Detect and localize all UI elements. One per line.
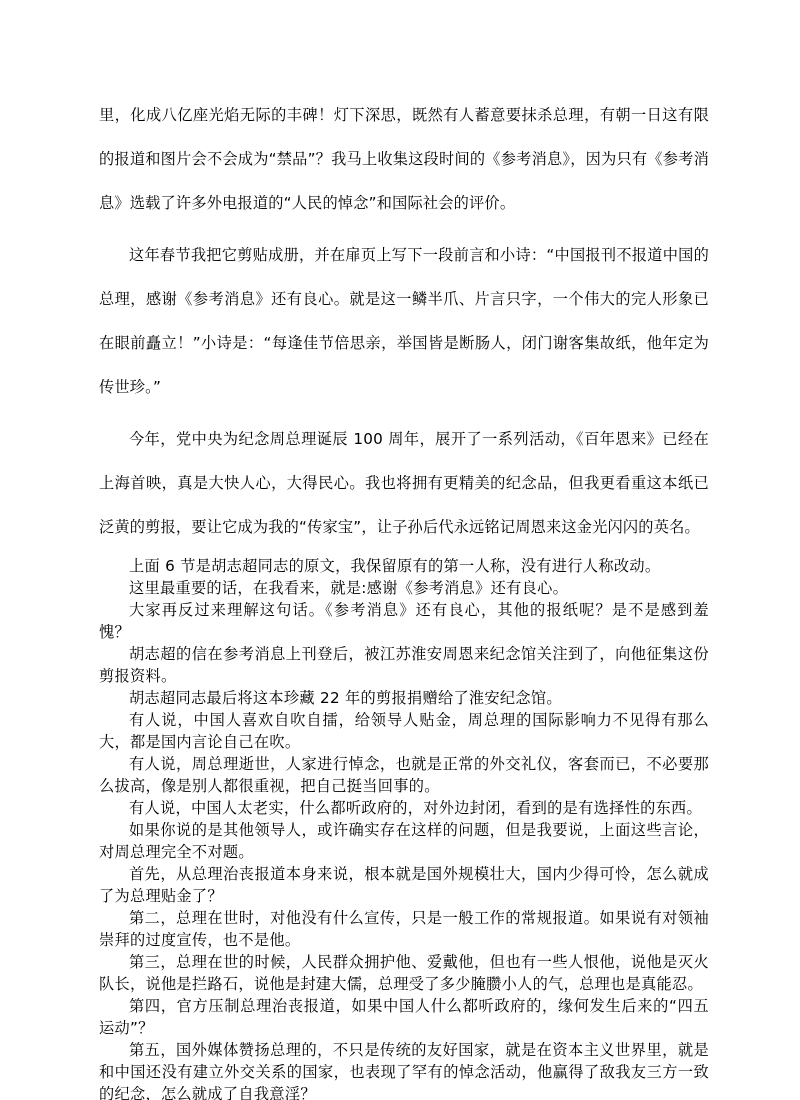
paragraph: 首先，从总理治丧报道本身来说，根本就是国外规模壮大，国内少得可怜，怎么就成了为总…: [99, 863, 709, 907]
commentary-section: 上面 6 节是胡志超同志的原文，我保留原有的第一人称，没有进行人称改动。 这里最…: [99, 555, 709, 1100]
paragraph: 里，化成八亿座光焰无际的丰碑！灯下深思，既然有人蓄意要抹杀总理，有朝一日这有限的…: [99, 93, 709, 225]
paragraph: 有人说，周总理逝世，人家进行悼念，也就是正常的外交礼仪，客套而已，不必要那么拔高…: [99, 753, 709, 797]
document-page: 里，化成八亿座光焰无际的丰碑！灯下深思，既然有人蓄意要抹杀总理，有朝一日这有限的…: [99, 93, 709, 1100]
paragraph: 第四，官方压制总理治丧报道，如果中国人什么都听政府的，缘何发生后来的“四五运动”…: [99, 995, 709, 1039]
paragraph: 今年，党中央为纪念周总理诞辰 100 周年，展开了一系列活动，《百年恩来》已经在…: [99, 417, 709, 549]
paragraph: 有人说，中国人喜欢自吹自擂，给领导人贴金，周总理的国际影响力不见得有那么大，都是…: [99, 709, 709, 753]
paragraph: 胡志超同志最后将这本珍藏 22 年的剪报捐赠给了淮安纪念馆。: [99, 687, 709, 709]
paragraph: 这里最重要的话，在我看来，就是:感谢《参考消息》还有良心。: [99, 577, 709, 599]
paragraph: 大家再反过来理解这句话。《参考消息》还有良心，其他的报纸呢？是不是感到羞愧？: [99, 599, 709, 643]
quoted-letter-section: 里，化成八亿座光焰无际的丰碑！灯下深思，既然有人蓄意要抹杀总理，有朝一日这有限的…: [99, 93, 709, 549]
paragraph: 胡志超的信在参考消息上刊登后，被江苏淮安周恩来纪念馆关注到了，向他征集这份剪报资…: [99, 643, 709, 687]
paragraph: 这年春节我把它剪贴成册，并在扉页上写下一段前言和小诗：“中国报刊不报道中国的总理…: [99, 233, 709, 409]
paragraph: 第三，总理在世的时候，人民群众拥护他、爱戴他，但也有一些人恨他，说他是灭火队长，…: [99, 951, 709, 995]
paragraph: 上面 6 节是胡志超同志的原文，我保留原有的第一人称，没有进行人称改动。: [99, 555, 709, 577]
paragraph: 有人说，中国人太老实，什么都听政府的，对外边封闭，看到的是有选择性的东西。: [99, 797, 709, 819]
paragraph: 如果你说的是其他领导人，或许确实存在这样的问题，但是我要说，上面这些言论，对周总…: [99, 819, 709, 863]
paragraph: 第二，总理在世时，对他没有什么宣传，只是一般工作的常规报道。如果说有对领袖崇拜的…: [99, 907, 709, 951]
paragraph: 第五，国外媒体赞扬总理的，不只是传统的友好国家，就是在资本主义世界里，就是和中国…: [99, 1039, 709, 1100]
